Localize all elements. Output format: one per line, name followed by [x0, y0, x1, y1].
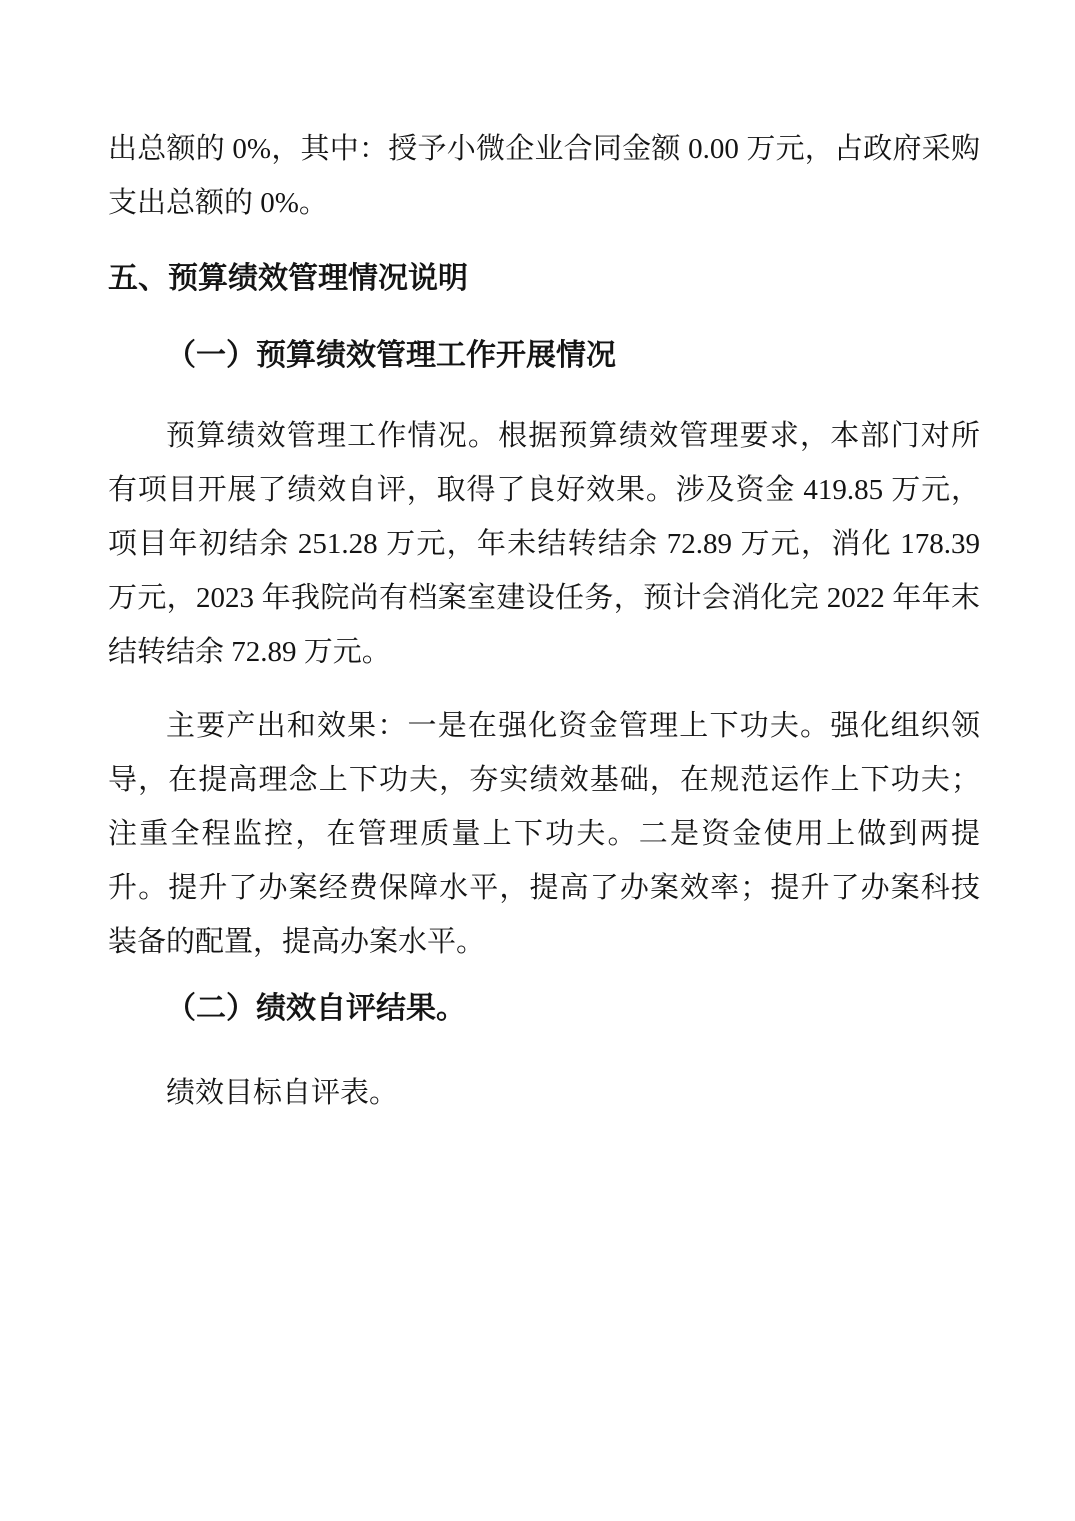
text-line: 项目年初结余 251.28 万元，年未结转结余 72.89 万元，消化 178.…: [108, 517, 980, 571]
text-line: 导，在提高理念上下功夫，夯实绩效基础，在规范运作上下功夫；: [108, 753, 980, 807]
text-line: 预算绩效管理工作情况。根据预算绩效管理要求，本部门对所: [108, 409, 980, 463]
subsection-heading-1: （一）预算绩效管理工作开展情况: [108, 329, 980, 383]
text-line: 出总额的 0%，其中：授予小微企业合同金额 0.00 万元，占政府采购: [108, 122, 980, 176]
text-line: 装备的配置，提高办案水平。: [108, 915, 980, 969]
text-line: 主要产出和效果：一是在强化资金管理上下功夫。强化组织领: [108, 699, 980, 753]
text-line: 绩效目标自评表。: [108, 1066, 980, 1120]
text-line: 升。提升了办案经费保障水平，提高了办案效率；提升了办案科技: [108, 861, 980, 915]
subsection-heading-2: （二）绩效自评结果。: [108, 982, 980, 1036]
text-line: 结转结余 72.89 万元。: [108, 625, 980, 679]
section-heading-performance: 五、预算绩效管理情况说明: [108, 252, 980, 306]
text-line: 注重全程监控，在管理质量上下功夫。二是资金使用上做到两提: [108, 807, 980, 861]
text-line: 支出总额的 0%。: [108, 176, 980, 230]
text-line: 万元，2023 年我院尚有档案室建设任务，预计会消化完 2022 年年末: [108, 571, 980, 625]
text-line: 有项目开展了绩效自评，取得了良好效果。涉及资金 419.85 万元，: [108, 463, 980, 517]
self-evaluation-table-paragraph: 绩效目标自评表。: [108, 1066, 980, 1120]
continuation-paragraph: 出总额的 0%，其中：授予小微企业合同金额 0.00 万元，占政府采购 支出总额…: [108, 122, 980, 230]
performance-work-paragraph: 预算绩效管理工作情况。根据预算绩效管理要求，本部门对所 有项目开展了绩效自评，取…: [108, 409, 980, 679]
output-and-effect-paragraph: 主要产出和效果：一是在强化资金管理上下功夫。强化组织领 导，在提高理念上下功夫，…: [108, 699, 980, 969]
document-page: 出总额的 0%，其中：授予小微企业合同金额 0.00 万元，占政府采购 支出总额…: [0, 0, 1075, 1521]
